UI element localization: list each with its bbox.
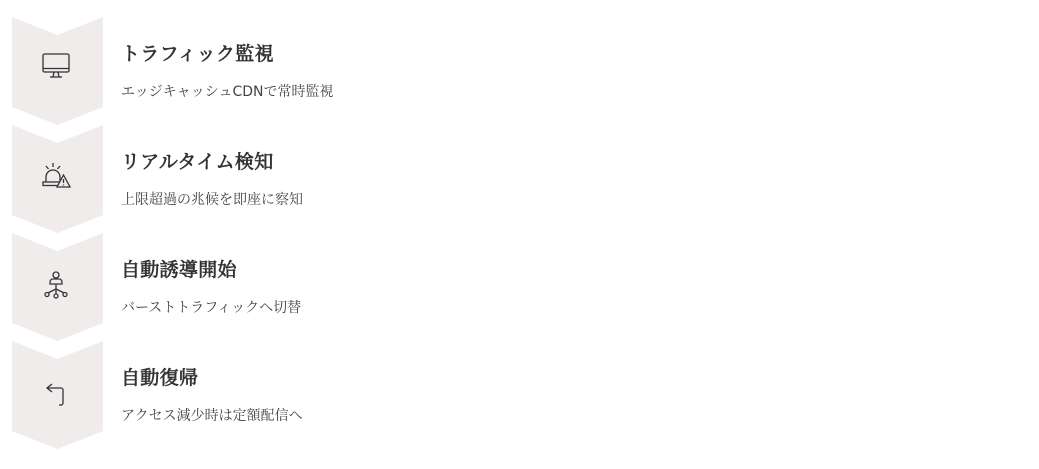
monitor-icon [40,50,72,82]
step-subtitle: エッジキャッシュCDNで常時監視 [121,81,333,101]
step-subtitle: 上限超過の兆候を即座に察知 [121,189,303,209]
step-title: リアルタイム検知 [121,147,274,174]
step-title: トラフィック監視 [121,39,274,66]
step-auto-restore: 自動復帰 アクセス減少時は定額配信へ [0,341,1039,467]
step-title: 自動復帰 [121,363,198,390]
step-subtitle: バーストトラフィックへ切替 [121,297,301,317]
step-title: 自動誘導開始 [121,255,237,282]
step-subtitle: アクセス減少時は定額配信へ [121,405,303,425]
alarm-warning-icon [40,161,72,193]
user-network-icon [40,270,72,302]
return-arrow-icon [40,379,72,411]
